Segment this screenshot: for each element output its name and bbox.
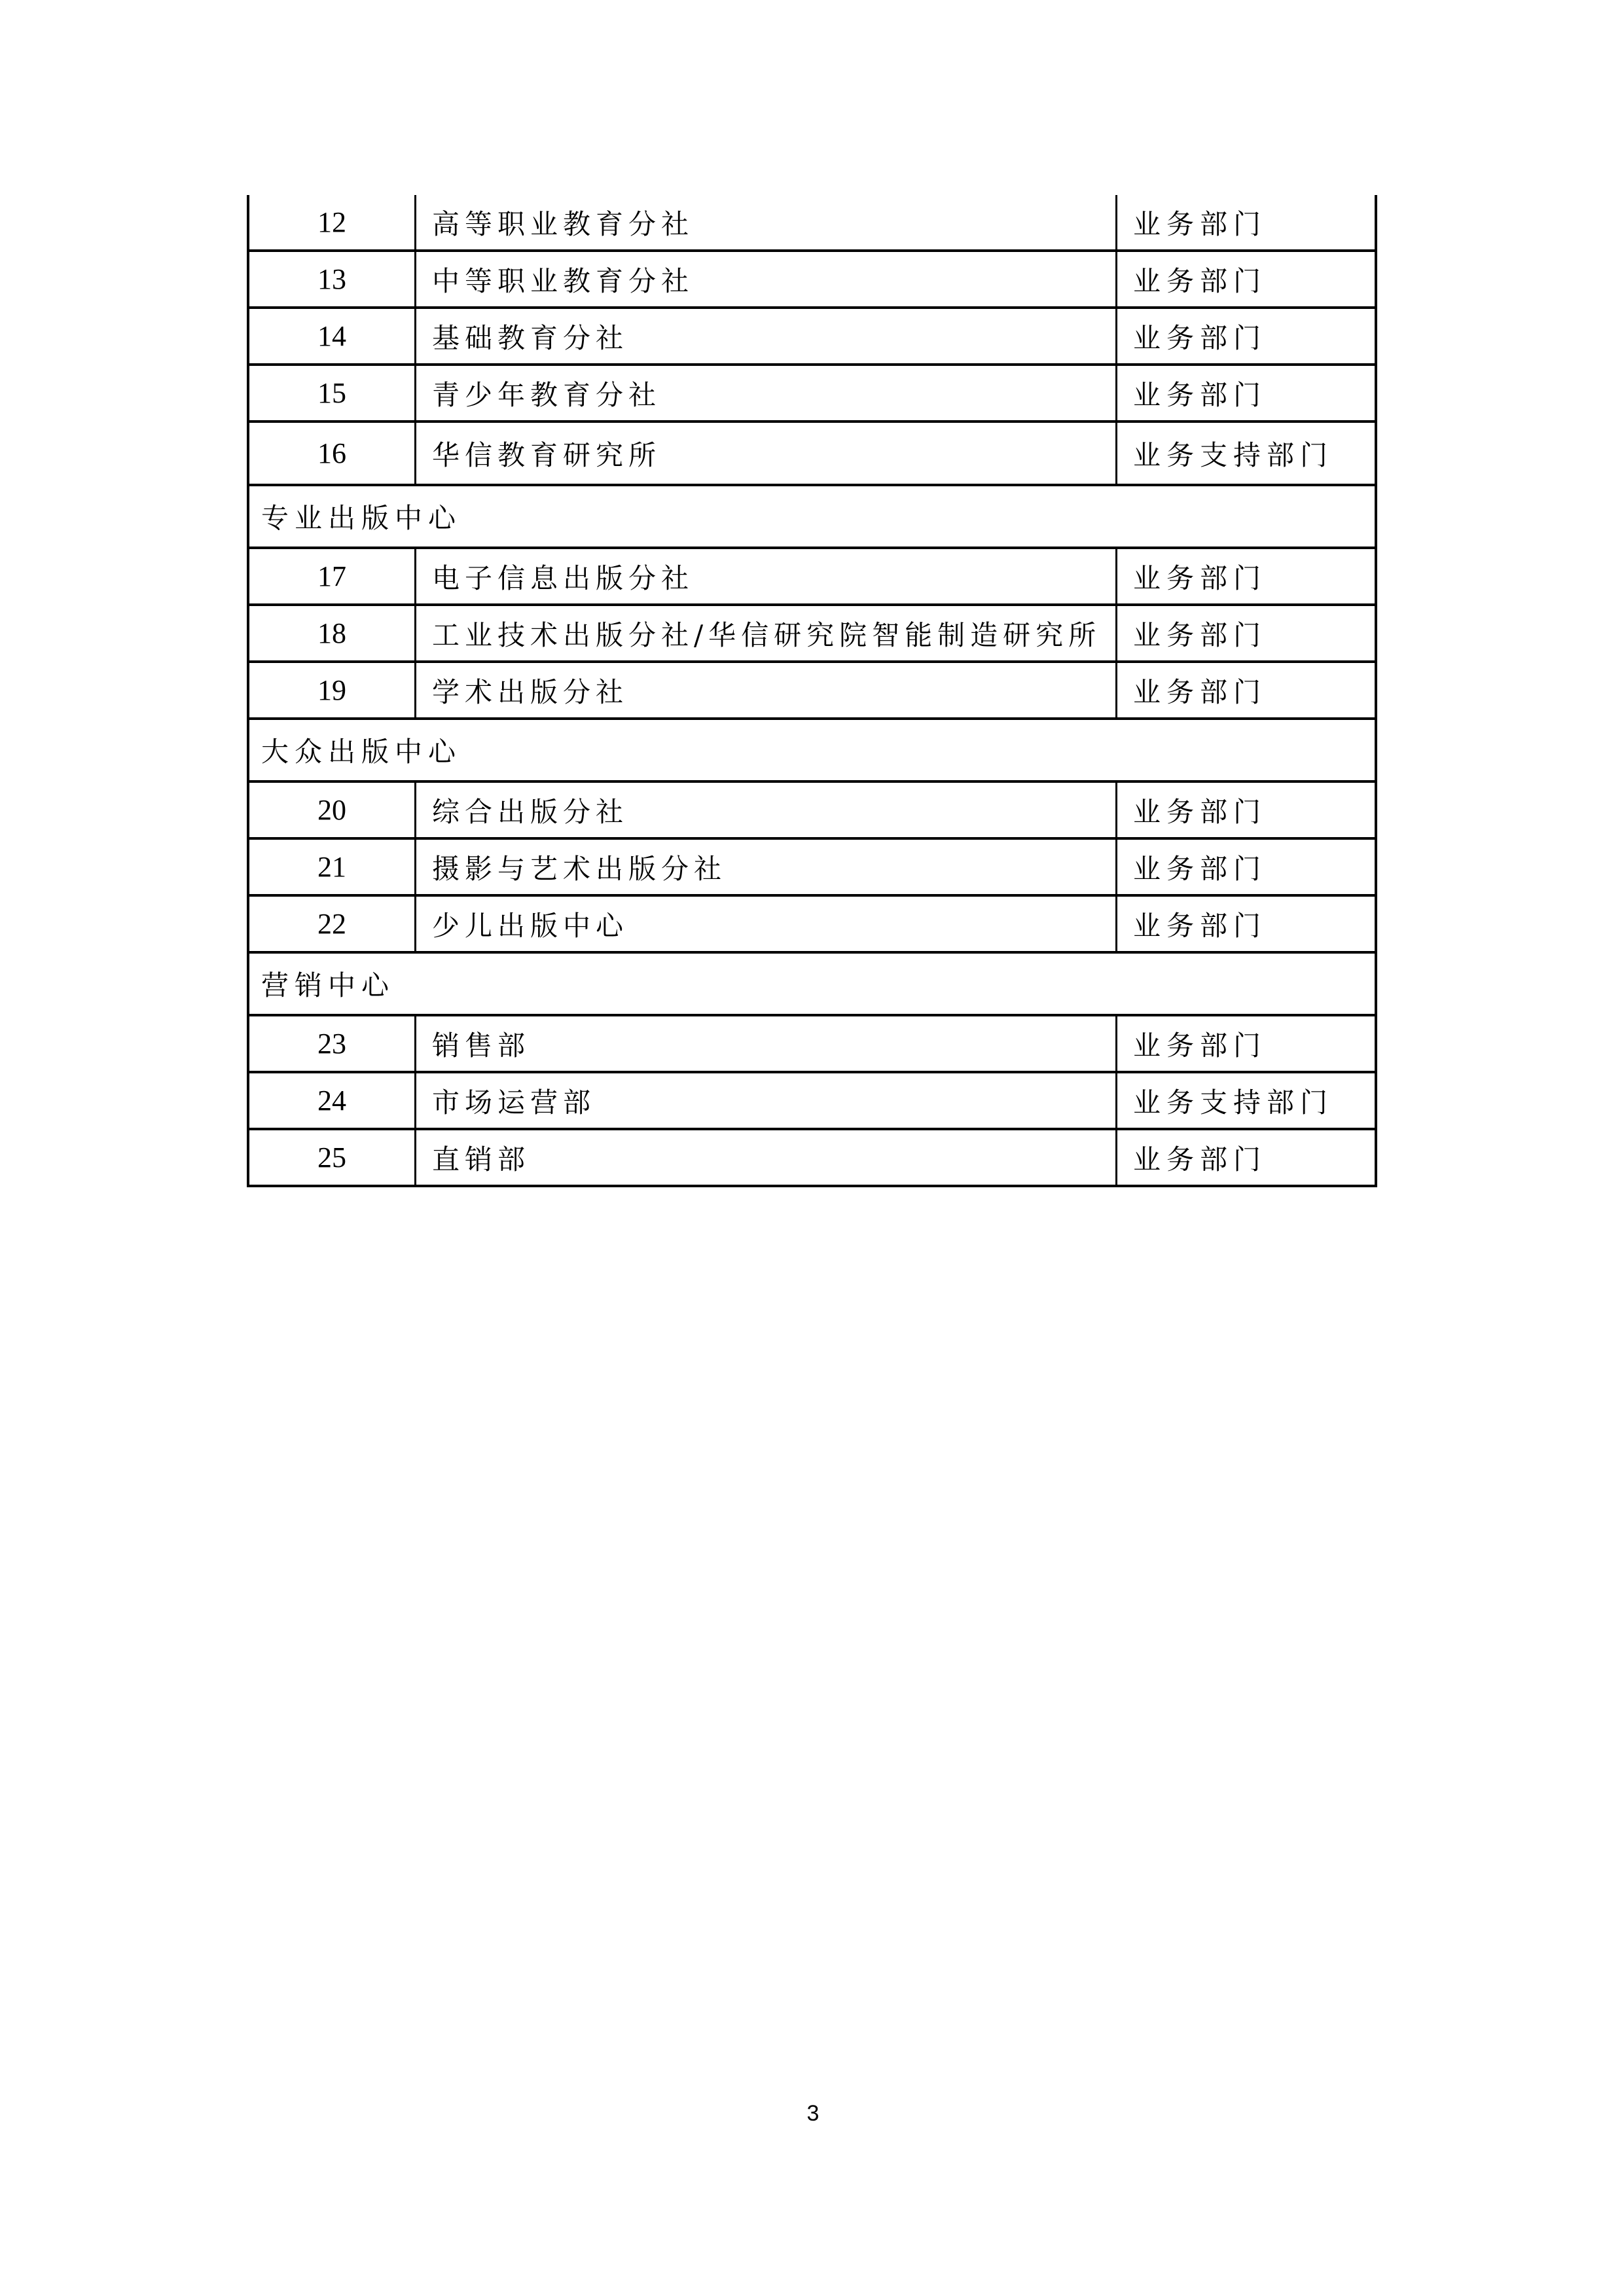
- table-row: 13 中等职业教育分社 业务部门: [249, 252, 1375, 309]
- row-number: 14: [249, 309, 416, 363]
- department-type: 业务部门: [1117, 549, 1375, 603]
- table-row: 12 高等职业教育分社 业务部门: [249, 195, 1375, 252]
- row-number: 21: [249, 840, 416, 894]
- row-number: 18: [249, 606, 416, 660]
- department-name: 工业技术出版分社/华信研究院智能制造研究所: [416, 606, 1117, 660]
- table-row: 23 销售部 业务部门: [249, 1016, 1375, 1073]
- row-number: 20: [249, 783, 416, 837]
- department-name: 学术出版分社: [416, 663, 1117, 717]
- page-number: 3: [800, 2101, 826, 2126]
- department-table: 12 高等职业教育分社 业务部门 13 中等职业教育分社 业务部门 14 基础教…: [247, 195, 1377, 1187]
- table-row: 20 综合出版分社 业务部门: [249, 783, 1375, 840]
- table-row: 25 直销部 业务部门: [249, 1130, 1375, 1187]
- department-type: 业务部门: [1117, 366, 1375, 420]
- table-row: 21 摄影与艺术出版分社 业务部门: [249, 840, 1375, 897]
- section-label: 营销中心: [249, 954, 1375, 1014]
- table-row: 14 基础教育分社 业务部门: [249, 309, 1375, 366]
- department-name: 直销部: [416, 1130, 1117, 1185]
- table-row: 15 青少年教育分社 业务部门: [249, 366, 1375, 423]
- table-row: 24 市场运营部 业务支持部门: [249, 1073, 1375, 1130]
- table-row: 16 华信教育研究所 业务支持部门: [249, 423, 1375, 486]
- row-number: 25: [249, 1130, 416, 1185]
- section-label: 大众出版中心: [249, 720, 1375, 780]
- table-row: 18 工业技术出版分社/华信研究院智能制造研究所 业务部门: [249, 606, 1375, 663]
- row-number: 24: [249, 1073, 416, 1128]
- department-name: 电子信息出版分社: [416, 549, 1117, 603]
- row-number: 17: [249, 549, 416, 603]
- department-name: 摄影与艺术出版分社: [416, 840, 1117, 894]
- table-row: 17 电子信息出版分社 业务部门: [249, 549, 1375, 606]
- section-label: 专业出版中心: [249, 486, 1375, 547]
- row-number: 15: [249, 366, 416, 420]
- department-name: 青少年教育分社: [416, 366, 1117, 420]
- department-type: 业务部门: [1117, 195, 1375, 249]
- department-name: 中等职业教育分社: [416, 252, 1117, 306]
- department-name: 市场运营部: [416, 1073, 1117, 1128]
- department-name: 基础教育分社: [416, 309, 1117, 363]
- section-header-row: 营销中心: [249, 954, 1375, 1016]
- row-number: 23: [249, 1016, 416, 1071]
- section-header-row: 大众出版中心: [249, 720, 1375, 783]
- department-name: 综合出版分社: [416, 783, 1117, 837]
- department-type: 业务部门: [1117, 840, 1375, 894]
- table-row: 19 学术出版分社 业务部门: [249, 663, 1375, 720]
- department-type: 业务部门: [1117, 1016, 1375, 1071]
- department-type: 业务部门: [1117, 309, 1375, 363]
- document-page: 12 高等职业教育分社 业务部门 13 中等职业教育分社 业务部门 14 基础教…: [0, 0, 1624, 2296]
- department-type: 业务部门: [1117, 897, 1375, 951]
- department-type: 业务部门: [1117, 252, 1375, 306]
- department-name: 少儿出版中心: [416, 897, 1117, 951]
- department-name: 华信教育研究所: [416, 423, 1117, 484]
- department-type: 业务部门: [1117, 783, 1375, 837]
- row-number: 22: [249, 897, 416, 951]
- section-header-row: 专业出版中心: [249, 486, 1375, 549]
- department-type: 业务部门: [1117, 663, 1375, 717]
- department-type: 业务支持部门: [1117, 1073, 1375, 1128]
- department-type: 业务支持部门: [1117, 423, 1375, 484]
- row-number: 19: [249, 663, 416, 717]
- department-name: 高等职业教育分社: [416, 195, 1117, 249]
- department-type: 业务部门: [1117, 1130, 1375, 1185]
- table-row: 22 少儿出版中心 业务部门: [249, 897, 1375, 954]
- row-number: 13: [249, 252, 416, 306]
- department-name: 销售部: [416, 1016, 1117, 1071]
- row-number: 12: [249, 195, 416, 249]
- row-number: 16: [249, 423, 416, 484]
- department-type: 业务部门: [1117, 606, 1375, 660]
